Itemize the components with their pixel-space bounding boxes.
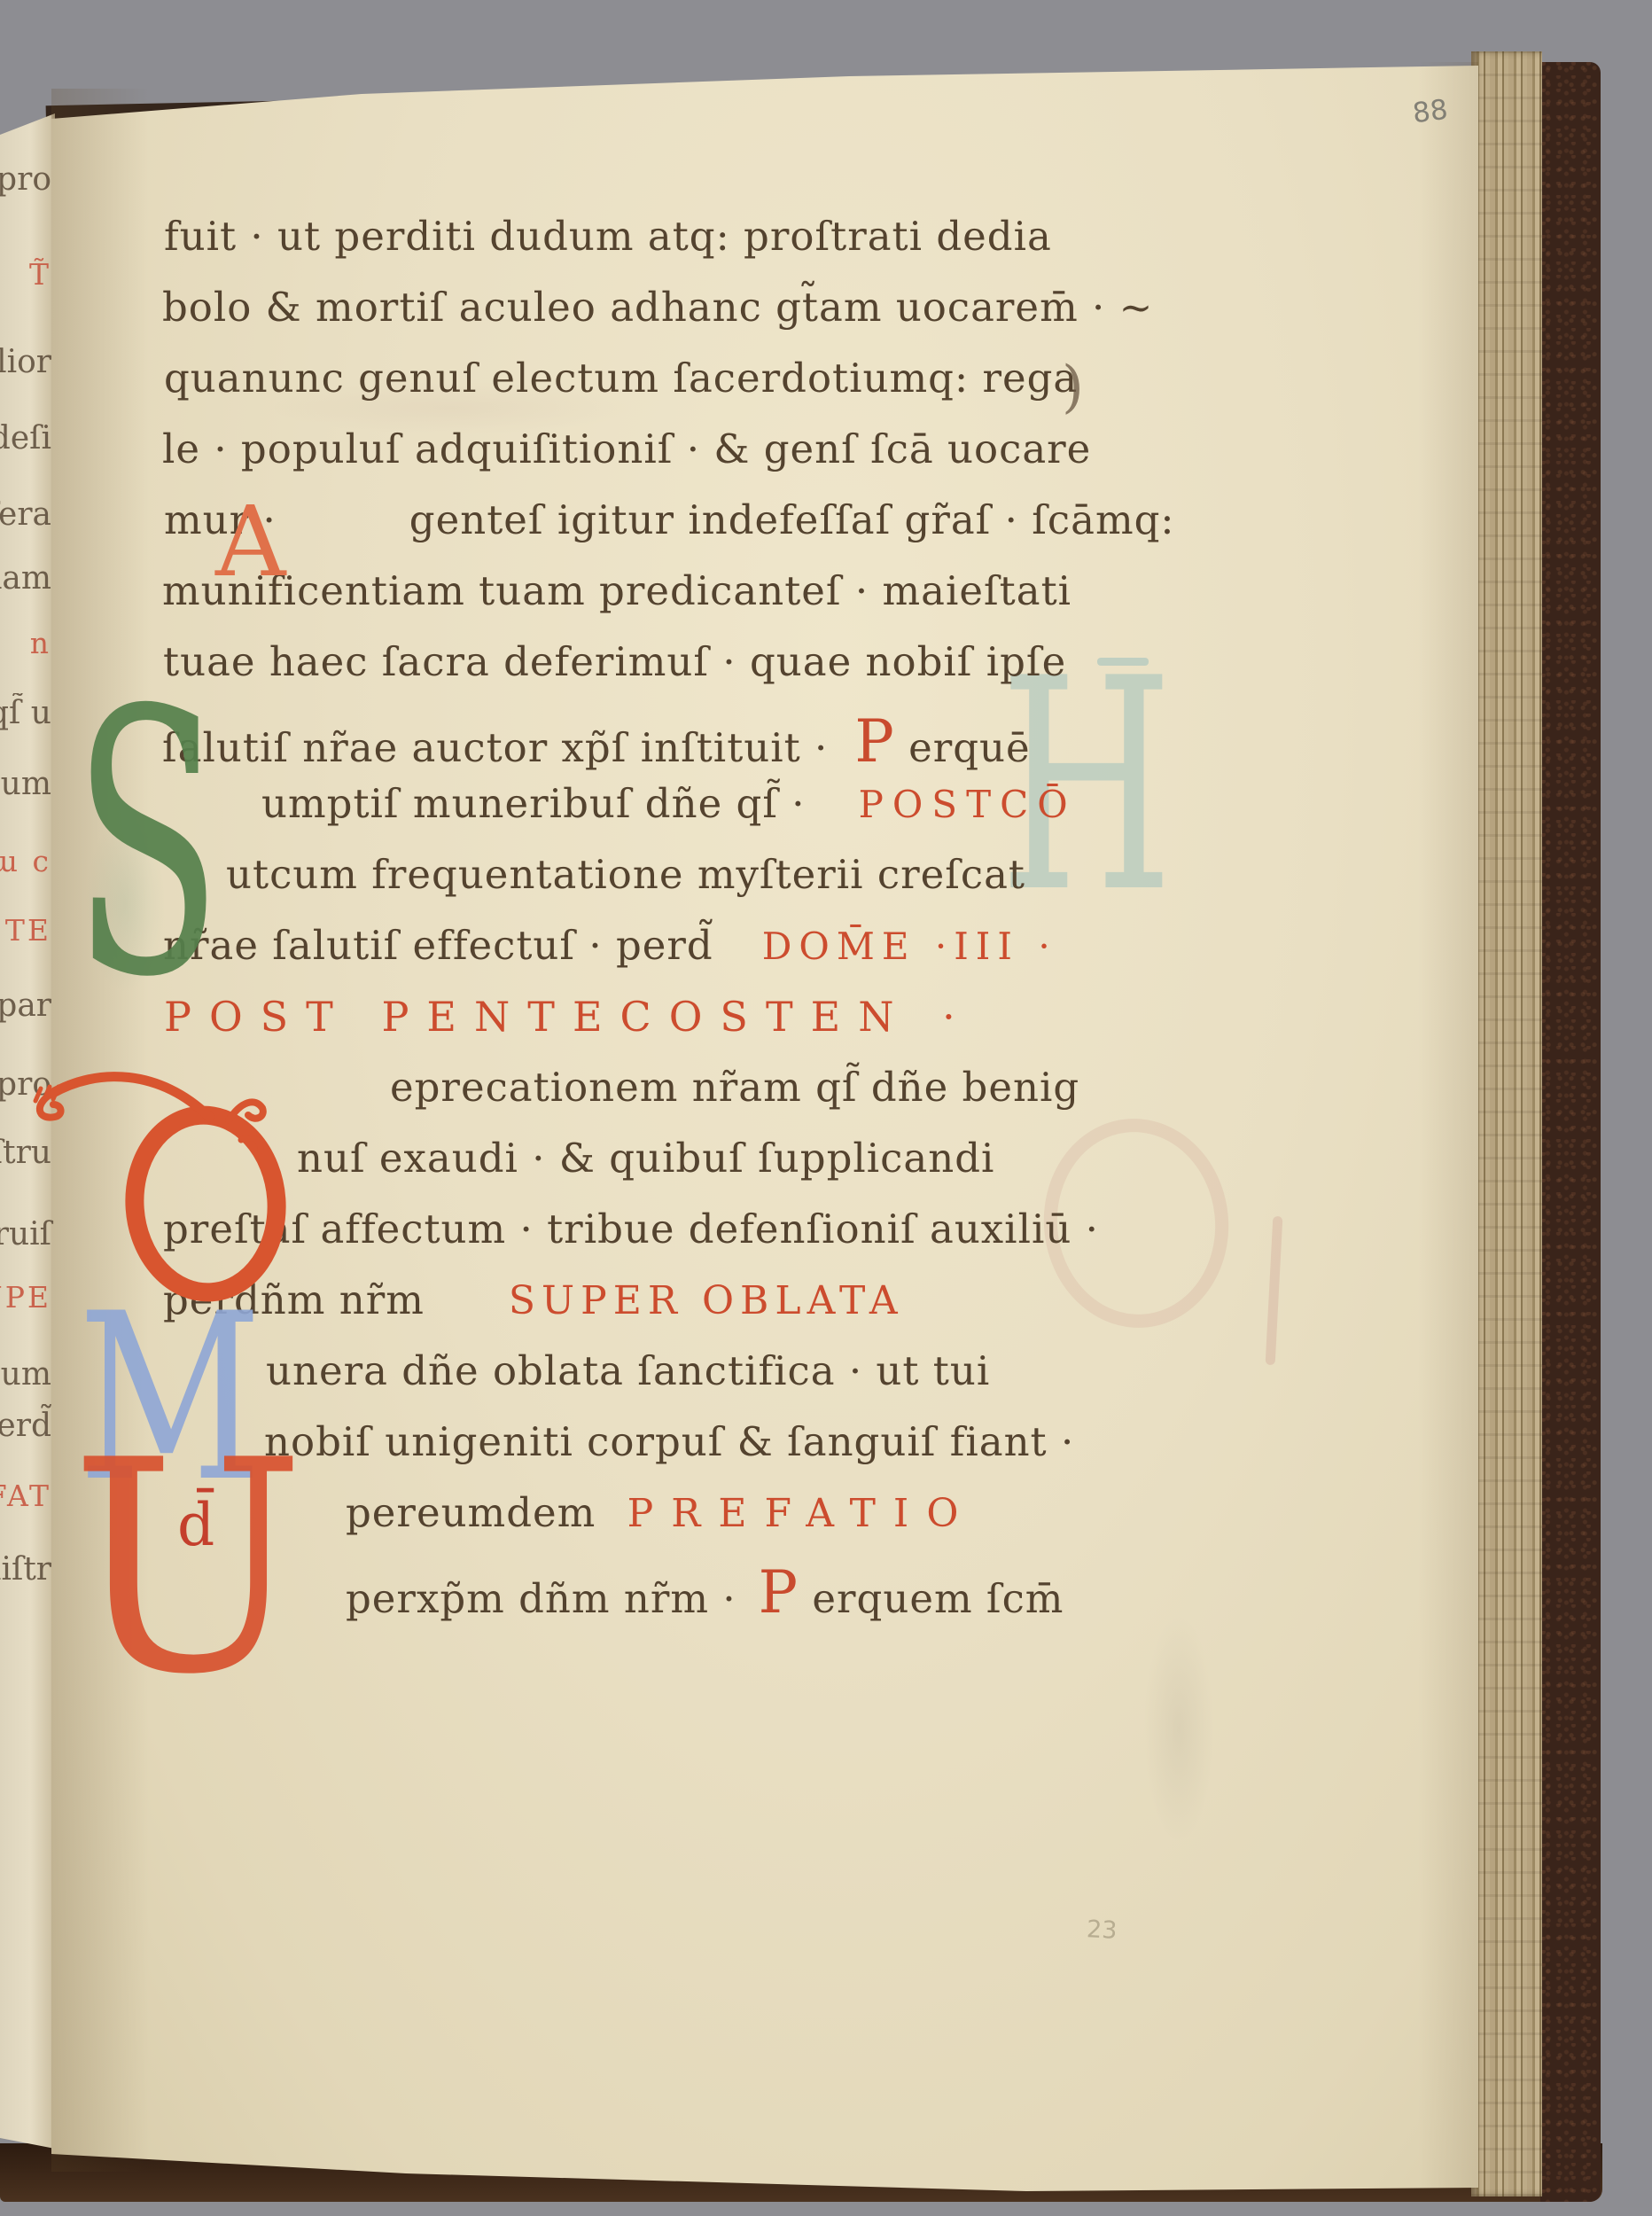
text-segment: nuſ exaudi · & quibuſ ſupplicandi bbox=[297, 1135, 994, 1182]
margin-fragment-18: perd̃ bbox=[0, 1408, 51, 1444]
margin-fragment-20: miſtr bbox=[0, 1551, 51, 1588]
text-segment: nr̃ae ſalutiſ effectuſ · perd̃ bbox=[163, 922, 713, 969]
text-line-19: pereumdem PREFATIO bbox=[346, 1493, 976, 1533]
text-segment: DOM̄E ·III · bbox=[762, 925, 1057, 968]
margin-fragment-5: te miſera bbox=[0, 496, 51, 533]
margin-fragment-19: EFAT bbox=[0, 1479, 51, 1513]
text-segment: le · populuſ adquiſitioniſ · & genſ ſcā… bbox=[162, 425, 1091, 472]
text-segment: eprecationem nr̃am qſ̃ dñe benig bbox=[390, 1064, 1079, 1111]
corner-number: 23 bbox=[1086, 1916, 1118, 1945]
text-segment: P bbox=[854, 707, 894, 776]
initial-a: A bbox=[215, 493, 285, 590]
page-block-fore-edge bbox=[1471, 51, 1542, 2196]
initial-s: S bbox=[73, 663, 222, 1026]
text-line-13: eprecationem nr̃am qſ̃ dñe benig bbox=[390, 1067, 1079, 1107]
text-segment: perxp̃m dñm nr̃m · bbox=[346, 1575, 736, 1622]
text-segment: erquem ſcm̄ bbox=[799, 1575, 1064, 1622]
text-line-9: umptiſ muneribuſ dñe qſ̃ ·POSTCŌ bbox=[261, 784, 1077, 823]
text-segment: nobiſ unigeniti corpuſ & ſanguiſ fiant · bbox=[264, 1418, 1074, 1465]
text-segment: POSTCŌ bbox=[859, 783, 1077, 826]
margin-fragment-6: m capiam bbox=[0, 560, 51, 597]
margin-fragment-8: ta qſ̃ u bbox=[0, 695, 51, 731]
text-line-8: ſalutiſ nr̃ae auctor xp̃ſ inſtituit ·P e… bbox=[162, 713, 1031, 771]
text-line-7: tuae haec ſacra deferimuſ · quae nobiſ i… bbox=[163, 642, 1066, 682]
initial-h-macron bbox=[1097, 658, 1149, 666]
text-line-3: quanunc genuſ electum ſacerdotiumq: rega bbox=[164, 358, 1078, 398]
text-segment: ſalutiſ nr̃ae auctor xp̃ſ inſtituit · bbox=[162, 724, 828, 771]
text-line-5: mur ·genteſ igitur indefeſſaſ gr̃aſ · ſc… bbox=[164, 500, 1175, 540]
text-segment: POST PENTECOSTEN · bbox=[164, 993, 973, 1041]
initial-d-uncial bbox=[18, 1035, 337, 1319]
text-segment: P bbox=[759, 1558, 799, 1627]
text-line-18: nobiſ unigeniti corpuſ & ſanguiſ fiant · bbox=[264, 1422, 1074, 1462]
margin-fragment-17: ndum bbox=[0, 1356, 51, 1393]
text-segment: munificentiam tuam predicanteſ · maieſta… bbox=[162, 567, 1071, 614]
text-segment: bolo & mortiſ aculeo adhanc gt̃am uocare… bbox=[162, 284, 1153, 331]
margin-fragment-9: tua num bbox=[0, 766, 51, 802]
text-line-14: nuſ exaudi · & quibuſ ſupplicandi bbox=[297, 1138, 994, 1178]
margin-fragment-7: n bbox=[30, 626, 51, 660]
text-segment: unera dñe oblata ſanctifica · ut tui bbox=[266, 1347, 990, 1394]
margin-fragment-1: e pro bbox=[0, 161, 51, 198]
text-segment: SUPER OBLATA bbox=[509, 1278, 904, 1323]
folio-number: 88 bbox=[1411, 94, 1450, 130]
text-line-10: utcum frequentatione myſterii creſcat bbox=[226, 854, 1025, 894]
margin-fragment-12: em par bbox=[0, 987, 51, 1024]
text-line-6: munificentiam tuam predicanteſ · maieſta… bbox=[162, 571, 1071, 611]
text-segment: pereumdem bbox=[346, 1489, 610, 1536]
text-line-4: le · populuſ adquiſitioniſ · & genſ ſcā… bbox=[162, 429, 1091, 469]
text-line-17: unera dñe oblata ſanctifica · ut tui bbox=[266, 1351, 990, 1391]
text-segment: erquē bbox=[895, 724, 1031, 771]
leather-cover-edge bbox=[1540, 62, 1601, 2202]
text-segment: quanunc genuſ electum ſacerdotiumq: rega bbox=[164, 355, 1078, 402]
initial-vd-monogram: d̄ bbox=[177, 1496, 214, 1555]
margin-paren-mark: ) bbox=[1062, 355, 1084, 420]
text-line-12: POST PENTECOSTEN · bbox=[164, 996, 973, 1037]
margin-fragment-11: S TE bbox=[0, 913, 51, 948]
margin-fragment-3: ae filior bbox=[0, 344, 51, 380]
text-segment: fuit · ut perditi dudum atq: proſtrati d… bbox=[164, 213, 1052, 260]
margin-fragment-4: nondeſi bbox=[0, 420, 51, 456]
text-line-11: nr̃ae ſalutiſ effectuſ · perd̃DOM̄E ·III… bbox=[163, 925, 1057, 965]
text-segment: PREFATIO bbox=[627, 1491, 977, 1536]
text-line-1: fuit · ut perditi dudum atq: proſtrati d… bbox=[164, 216, 1052, 256]
margin-fragment-10: ɯ c bbox=[0, 844, 51, 878]
text-line-20: perxp̃m dñm nr̃m ·P erquem ſcm̄ bbox=[346, 1564, 1064, 1622]
text-segment: utcum frequentatione myſterii creſcat bbox=[226, 851, 1025, 898]
manuscript-photo: { "page": { "folio_number": "88", "corne… bbox=[0, 0, 1652, 2216]
margin-fragment-2: T̃ bbox=[29, 257, 51, 292]
text-segment: umptiſ muneribuſ dñe qſ̃ · bbox=[261, 780, 806, 827]
text-line-2: bolo & mortiſ aculeo adhanc gt̃am uocare… bbox=[162, 287, 1153, 327]
gray-smudge bbox=[1143, 1613, 1214, 1844]
text-segment: genteſ igitur indefeſſaſ gr̃aſ · ſcāmq: bbox=[409, 496, 1175, 543]
initial-u: U bbox=[71, 1422, 305, 1714]
text-segment: tuae haec ſacra deferimuſ · quae nobiſ i… bbox=[163, 638, 1066, 685]
